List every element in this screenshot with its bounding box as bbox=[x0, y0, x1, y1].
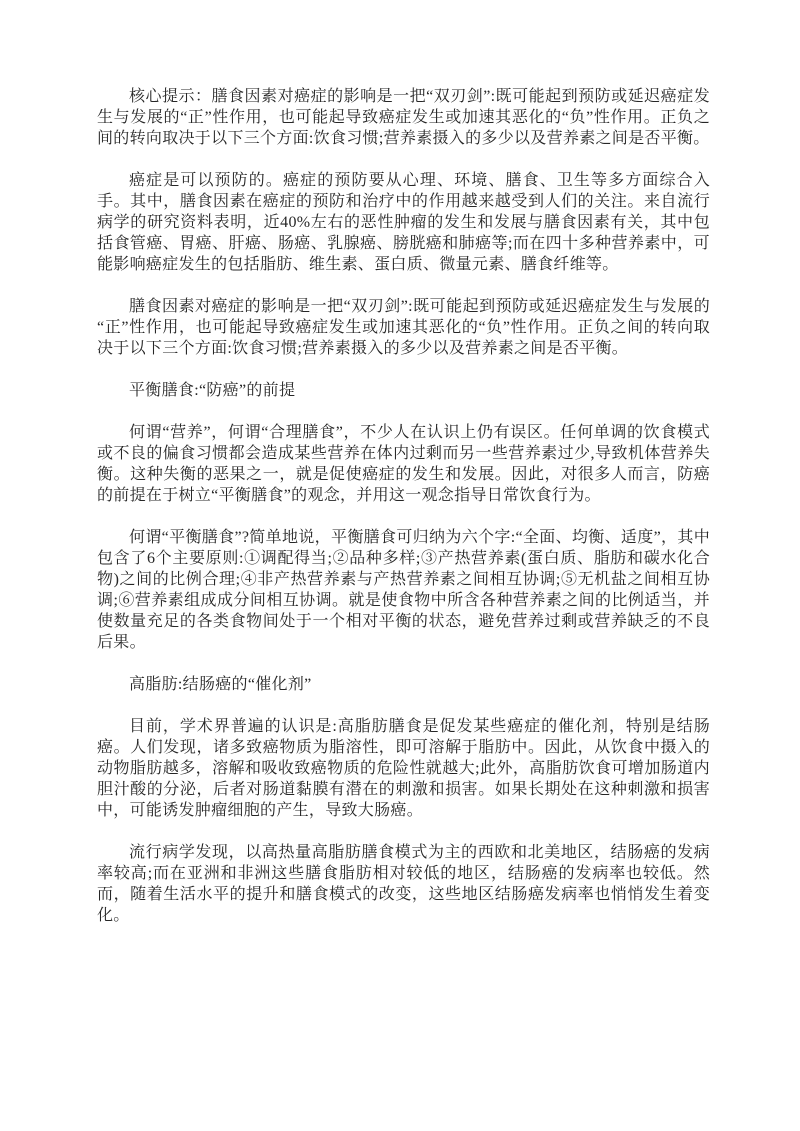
paragraph-balanced-diet-principles: 何谓“平衡膳食”?简单地说，平衡膳食可归纳为六个字:“全面、均衡、适度”，其中包… bbox=[97, 527, 710, 653]
section-heading-balanced-diet: 平衡膳食:“防癌”的前提 bbox=[97, 380, 710, 401]
paragraph-epidemiology-findings: 流行病学发现，以高热量高脂肪膳食模式为主的西欧和北美地区，结肠癌的发病率较高;而… bbox=[97, 842, 710, 926]
paragraph-core-tip: 核心提示：膳食因素对癌症的影响是一把“双刃剑”:既可能起到预防或延迟癌症发生与发… bbox=[97, 86, 710, 149]
paragraph-cancer-prevention: 癌症是可以预防的。癌症的预防要从心理、环境、膳食、卫生等多方面综合入手。其中，膳… bbox=[97, 170, 710, 275]
document-page: 核心提示：膳食因素对癌症的影响是一把“双刃剑”:既可能起到预防或延迟癌症发生与发… bbox=[0, 0, 800, 1131]
paragraph-double-edged-sword: 膳食因素对癌症的影响是一把“双刃剑”:既可能起到预防或延迟癌症发生与发展的“正”… bbox=[97, 296, 710, 359]
paragraph-nutrition-misconceptions: 何谓“营养”，何谓“合理膳食”，不少人在认识上仍有误区。任何单调的饮食模式或不良… bbox=[97, 422, 710, 506]
section-heading-high-fat: 高脂肪:结肠癌的“催化剂” bbox=[97, 674, 710, 695]
paragraph-high-fat-catalyst: 目前，学术界普遍的认识是:高脂肪膳食是促发某些癌症的催化剂，特别是结肠癌。人们发… bbox=[97, 716, 710, 821]
